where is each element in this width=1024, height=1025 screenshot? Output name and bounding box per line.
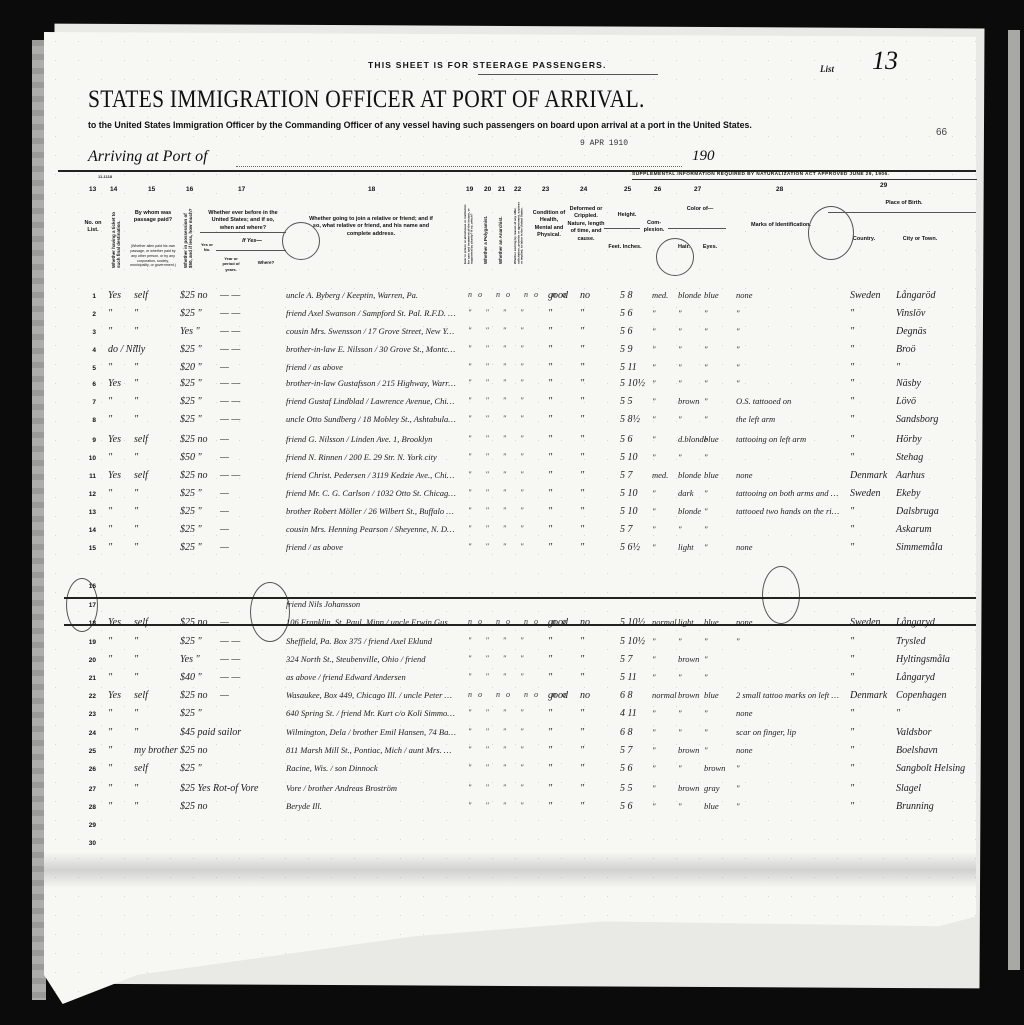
- cell-hair: ": [678, 672, 682, 682]
- cell-city: ": [896, 708, 900, 719]
- cell-deformed: ": [580, 727, 584, 738]
- cell-height: 5 10: [620, 506, 638, 517]
- row-number: 7: [78, 399, 96, 406]
- col-header-color-of: Color of—: [680, 206, 720, 213]
- cell-paid-by: ": [134, 414, 138, 425]
- cell-marks: ": [736, 326, 842, 336]
- col-header-year: Year or period of years.: [220, 256, 242, 272]
- cell-money: $25 no: [180, 434, 208, 445]
- cell-complexion: ": [652, 488, 656, 498]
- cell-health: ": [548, 524, 552, 535]
- row-number: 5: [78, 365, 96, 372]
- cell-relative: 324 North St., Steubenville, Ohio / frie…: [286, 654, 456, 664]
- cell-complexion: ": [652, 452, 656, 462]
- cell-city: Långaryd: [896, 617, 935, 628]
- cell-height: 5 10½: [620, 617, 645, 628]
- divider: [604, 228, 640, 229]
- col-header-labor-contract: Whether coming by reason of any offer, s…: [514, 200, 524, 264]
- cell-relative: brother-in-law E. Nilsson / 30 Grove St.…: [286, 344, 456, 354]
- cell-marks: none: [736, 617, 842, 627]
- cell-eyes: ": [704, 745, 708, 755]
- cell-relative: cousin Mrs. Swensson / 17 Grove Street, …: [286, 326, 456, 336]
- row-number: 20: [78, 657, 96, 664]
- cell-deformed: no: [580, 290, 590, 301]
- cell-health: ": [548, 434, 552, 445]
- form-number: 11-1118: [98, 174, 112, 179]
- cell-rec: " " " ": [468, 801, 529, 810]
- cell-hair: ": [678, 727, 682, 737]
- cell-relative: brother-in-law Gustafsson / 215 Highway,…: [286, 378, 456, 388]
- cell-rec: " " " ": [468, 308, 529, 317]
- cell-rec: " " " ": [468, 362, 529, 371]
- cell-city: Valdsbor: [896, 727, 932, 738]
- cell-city: Brunning: [896, 801, 934, 812]
- col-number-28: 28: [776, 186, 783, 193]
- cell-deformed: ": [580, 708, 584, 719]
- cell-height: 5 7: [620, 524, 633, 535]
- row-number: 2: [78, 311, 96, 318]
- hole-mark: [282, 222, 320, 260]
- cell-hair: light: [678, 542, 694, 552]
- cell-height: 5 7: [620, 745, 633, 756]
- cell-money: $25 no: [180, 617, 208, 628]
- cell-country: ": [850, 524, 854, 535]
- cell-relative: friend Gustaf Lindblad / Lawrence Avenue…: [286, 396, 456, 406]
- cell-paid-by: self: [134, 690, 148, 701]
- cell-height: 5 7: [620, 470, 633, 481]
- cell-money: $25 ": [180, 308, 202, 319]
- cell-height: 5 10½: [620, 378, 645, 389]
- cell-deformed: ": [580, 636, 584, 647]
- cell-prev-us: — —: [220, 414, 240, 425]
- hole-mark: [250, 582, 290, 642]
- row-number: 25: [78, 748, 96, 755]
- cell-ticket: ": [108, 542, 112, 553]
- cell-paid-by: ": [134, 506, 138, 517]
- row-number: 22: [78, 693, 96, 700]
- cell-prev-us: — —: [220, 636, 240, 647]
- cell-rec: " " " ": [468, 470, 529, 479]
- cell-health: ": [548, 452, 552, 463]
- cell-country: ": [850, 636, 854, 647]
- row-number: 17: [78, 602, 96, 609]
- col-header-polygamist: Whether a Polygamist.: [484, 204, 489, 264]
- cell-relative: Wilmington, Dela / brother Emil Hansen, …: [286, 727, 456, 737]
- cell-money: $50 ": [180, 452, 202, 463]
- cell-prev-us: — —: [220, 396, 240, 407]
- cell-deformed: ": [580, 452, 584, 463]
- row-number: 23: [78, 711, 96, 718]
- col-header-prev-us: Whether ever before in the United States…: [206, 210, 280, 232]
- cell-marks: ": [736, 636, 842, 646]
- date-stamp: 9 APR 1910: [580, 139, 628, 148]
- section-divider: [64, 597, 976, 599]
- cell-city: Långaröd: [896, 290, 935, 301]
- cell-deformed: ": [580, 308, 584, 319]
- cell-relative: Vore / brother Andreas Broström: [286, 783, 456, 793]
- cell-prev-us: —: [220, 617, 229, 628]
- cell-height: 5 8: [620, 290, 633, 301]
- paper-fold-shadow: [44, 852, 976, 888]
- cell-marks: none: [736, 470, 842, 480]
- col-header-where: Where?: [254, 260, 278, 266]
- cell-city: Degnäs: [896, 326, 927, 337]
- col-number-18: 18: [368, 186, 375, 193]
- cell-complexion: ": [652, 636, 656, 646]
- cell-money: $25 ": [180, 506, 202, 517]
- year-prefix: 190: [692, 148, 715, 165]
- divider: [200, 232, 286, 233]
- cell-complexion: ": [652, 524, 656, 534]
- cell-height: 5 6: [620, 434, 633, 445]
- cell-city: Långaryd: [896, 672, 935, 683]
- divider: [828, 212, 976, 213]
- cell-paid-by: ": [134, 452, 138, 463]
- cell-country: ": [850, 672, 854, 683]
- supplemental-note: SUPPLEMENTAL INFORMATION REQUIRED BY NAT…: [632, 172, 889, 177]
- cell-money: $25 no: [180, 801, 208, 812]
- cell-relative: Racine, Wis. / son Dinnock: [286, 763, 456, 773]
- cell-height: 5 10½: [620, 636, 645, 647]
- cell-height: 5 6½: [620, 542, 640, 553]
- cell-health: good: [548, 690, 568, 701]
- cell-prev-us: —: [220, 542, 229, 553]
- cell-country: Sweden: [850, 488, 881, 499]
- cell-height: 5 9: [620, 344, 633, 355]
- cell-relative: friend Nils Johansson: [286, 599, 456, 609]
- page-subtitle: to the United States Immigration Officer…: [88, 120, 752, 130]
- cell-complexion: ": [652, 542, 656, 552]
- cell-city: Vinslöv: [896, 308, 925, 319]
- cell-relative: friend G. Nilsson / Linden Ave. 1, Brook…: [286, 434, 456, 444]
- cell-marks: O.S. tattooed on: [736, 396, 842, 406]
- cell-relative: friend / as above: [286, 362, 456, 372]
- cell-country: ": [850, 763, 854, 774]
- cell-deformed: ": [580, 654, 584, 665]
- cell-prev-us: — —: [220, 290, 240, 301]
- cell-deformed: ": [580, 488, 584, 499]
- cell-ticket: Yes: [108, 690, 121, 701]
- col-header-prison: Ever in prison or almshouse or instituti…: [464, 200, 474, 264]
- row-number: 11: [78, 473, 96, 480]
- cell-deformed: ": [580, 801, 584, 812]
- cell-prev-us: —: [220, 506, 229, 517]
- cell-rec: " " " ": [468, 745, 529, 754]
- cell-city: Stehag: [896, 452, 923, 463]
- cell-hair: ": [678, 452, 682, 462]
- cell-deformed: ": [580, 763, 584, 774]
- cell-relative: 106 Franklin, St. Paul, Minn / uncle Erw…: [286, 617, 456, 627]
- cell-ticket: ": [108, 326, 112, 337]
- cell-money: $25 no: [180, 745, 208, 756]
- cell-hair: blonde: [678, 470, 701, 480]
- cell-rec: " " " ": [468, 414, 529, 423]
- cell-prev-us: —: [220, 488, 229, 499]
- cell-health: ": [548, 378, 552, 389]
- cell-marks: ": [736, 763, 842, 773]
- row-number: 30: [78, 840, 96, 847]
- cell-relative: brother Robert Möller / 26 Wilbert St., …: [286, 506, 456, 516]
- cell-prev-us: —: [220, 434, 229, 445]
- cell-ticket: do / Nilly: [108, 344, 145, 355]
- cell-ticket: ": [108, 727, 112, 738]
- col-header-eyes: Eyes.: [700, 244, 720, 251]
- cell-ticket: ": [108, 763, 112, 774]
- cell-money: $25 ": [180, 414, 202, 425]
- cell-complexion: ": [652, 434, 656, 444]
- cell-city: Ekeby: [896, 488, 920, 499]
- cell-country: ": [850, 542, 854, 553]
- cell-height: 5 11: [620, 672, 637, 683]
- cell-prev-us: — —: [220, 326, 240, 337]
- cell-height: 5 11: [620, 362, 637, 373]
- col-header-health: Condition of Health, Mental and Physical…: [532, 210, 566, 240]
- cell-country: ": [850, 783, 854, 794]
- cell-hair: ": [678, 362, 682, 372]
- hole-mark: [808, 206, 854, 260]
- cell-country: ": [850, 727, 854, 738]
- cell-deformed: ": [580, 344, 584, 355]
- cell-health: ": [548, 763, 552, 774]
- cell-paid-by: ": [134, 362, 138, 373]
- cell-rec: " " " ": [468, 654, 529, 663]
- cell-ticket: Yes: [108, 434, 121, 445]
- cell-deformed: ": [580, 414, 584, 425]
- cell-complexion: ": [652, 801, 656, 811]
- cell-hair: brown: [678, 396, 699, 406]
- cell-prev-us: —: [220, 452, 229, 463]
- col-number-29: 29: [880, 182, 887, 189]
- cell-health: good: [548, 290, 568, 301]
- cell-paid-by: ": [134, 524, 138, 535]
- cell-complexion: ": [652, 672, 656, 682]
- cell-health: ": [548, 727, 552, 738]
- cell-country: ": [850, 362, 854, 373]
- page-title: STATES IMMIGRATION OFFICER AT PORT OF AR…: [88, 86, 645, 114]
- cell-relative: Sheffield, Pa. Box 375 / friend Axel Ekl…: [286, 636, 456, 646]
- cell-complexion: normal: [652, 690, 677, 700]
- col-number-21: 21: [498, 186, 505, 193]
- col-number-13: 13: [89, 186, 96, 193]
- row-number: 6: [78, 381, 96, 388]
- cell-money: $25 ": [180, 378, 202, 389]
- cell-ticket: ": [108, 672, 112, 683]
- cell-health: ": [548, 542, 552, 553]
- cell-prev-us: —: [220, 362, 229, 373]
- row-number: 3: [78, 329, 96, 336]
- cell-prev-us: —: [220, 690, 229, 701]
- col-number-15: 15: [148, 186, 155, 193]
- cell-marks: tattooing on both arms and breast: [736, 488, 842, 498]
- col-number-14: 14: [110, 186, 117, 193]
- cell-height: 5 8½: [620, 414, 640, 425]
- cell-deformed: ": [580, 524, 584, 535]
- cell-complexion: normal: [652, 617, 677, 627]
- cell-rec: " " " ": [468, 506, 529, 515]
- cell-health: ": [548, 362, 552, 373]
- cell-eyes: ": [704, 542, 708, 552]
- cell-paid-by: ": [134, 783, 138, 794]
- row-number: 24: [78, 730, 96, 737]
- row-number: 8: [78, 417, 96, 424]
- cell-paid-by: self: [134, 290, 148, 301]
- col-header-passage-note: (Whether alien paid his own passage, or …: [128, 244, 178, 268]
- cell-rec: " " " ": [468, 452, 529, 461]
- cell-paid-by: ": [134, 654, 138, 665]
- cell-paid-by: ": [134, 396, 138, 407]
- cell-money: Yes ": [180, 654, 200, 665]
- cell-height: 5 5: [620, 396, 633, 407]
- cell-ticket: ": [108, 506, 112, 517]
- cell-money: $25 ": [180, 524, 202, 535]
- cell-height: 5 6: [620, 801, 633, 812]
- cell-height: 4 11: [620, 708, 637, 719]
- cell-relative: friend Mr. C. G. Carlson / 1032 Otto St.…: [286, 488, 456, 498]
- arriving-port-label: Arriving at Port of: [88, 148, 208, 166]
- cell-deformed: ": [580, 470, 584, 481]
- cell-prev-us: — —: [220, 308, 240, 319]
- cell-hair: ": [678, 378, 682, 388]
- cell-marks: ": [736, 344, 842, 354]
- cell-hair: brown: [678, 654, 699, 664]
- cell-marks: tattooing on left arm: [736, 434, 842, 444]
- cell-city: Lövö: [896, 396, 916, 407]
- cell-deformed: no: [580, 690, 590, 701]
- cell-paid-by: ": [134, 488, 138, 499]
- cell-eyes: ": [704, 414, 708, 424]
- row-number: 14: [78, 527, 96, 534]
- cell-country: ": [850, 708, 854, 719]
- sheet-notice: THIS SHEET IS FOR STEERAGE PASSENGERS.: [368, 60, 607, 70]
- cell-paid-by: self: [134, 434, 148, 445]
- cell-country: ": [850, 506, 854, 517]
- cell-country: Denmark: [850, 690, 887, 701]
- row-number: 4: [78, 347, 96, 354]
- cell-hair: ": [678, 524, 682, 534]
- row-number: 9: [78, 437, 96, 444]
- cell-deformed: ": [580, 378, 584, 389]
- list-label: List: [820, 64, 834, 74]
- cell-marks: none: [736, 745, 842, 755]
- cell-relative: Beryde Ill.: [286, 801, 456, 811]
- cell-relative: friend Christ. Pedersen / 3119 Kedzie Av…: [286, 470, 456, 480]
- col-number-27: 27: [694, 186, 701, 193]
- cell-city: Dalsbruga: [896, 506, 939, 517]
- cell-relative: cousin Mrs. Henning Pearson / Sheyenne, …: [286, 524, 456, 534]
- cell-complexion: ": [652, 378, 656, 388]
- cell-relative: friend Axel Swanson / Sampford St. Pal. …: [286, 308, 456, 318]
- cell-rec: " " " ": [468, 783, 529, 792]
- cell-deformed: no: [580, 617, 590, 628]
- col-header-yes-no: Yes or No.: [200, 242, 214, 253]
- cell-height: 6 8: [620, 690, 633, 701]
- cell-relative: 811 Marsh Mill St., Pontiac, Mich / aunt…: [286, 745, 456, 755]
- col-header-deformed: Deformed or Crippled. Nature, length of …: [566, 206, 606, 243]
- cell-hair: ": [678, 308, 682, 318]
- col-header-no-on-list: No. on List.: [84, 220, 102, 235]
- cell-eyes: ": [704, 362, 708, 372]
- cell-health: ": [548, 708, 552, 719]
- cell-eyes: ": [704, 654, 708, 664]
- cell-deformed: ": [580, 434, 584, 445]
- hole-mark: [762, 566, 800, 624]
- cell-eyes: ": [704, 344, 708, 354]
- cell-money: $25 ": [180, 708, 202, 719]
- cell-relative: uncle Otto Sundberg / 18 Mobley St., Ash…: [286, 414, 456, 424]
- cell-city: Hörby: [896, 434, 922, 445]
- cell-complexion: med.: [652, 290, 668, 300]
- cell-marks: ": [736, 362, 842, 372]
- cell-hair: ": [678, 636, 682, 646]
- divider: [478, 74, 658, 75]
- cell-ticket: Yes: [108, 617, 121, 628]
- cell-relative: friend N. Rinnen / 200 E. 29 Str. N. Yor…: [286, 452, 456, 462]
- cell-complexion: ": [652, 308, 656, 318]
- cell-hair: brown: [678, 745, 699, 755]
- row-number: 18: [78, 620, 96, 627]
- cell-health: good: [548, 617, 568, 628]
- cell-paid-by: self: [134, 617, 148, 628]
- cell-city: Näsby: [896, 378, 921, 389]
- cell-marks: ": [736, 783, 842, 793]
- cell-paid-by: ": [134, 636, 138, 647]
- cell-height: 5 6: [620, 308, 633, 319]
- cell-rec: " " " ": [468, 326, 529, 335]
- row-number: 28: [78, 804, 96, 811]
- cell-country: ": [850, 801, 854, 812]
- col-number-16: 16: [186, 186, 193, 193]
- cell-money: $20 ": [180, 362, 202, 373]
- cell-paid-by: ": [134, 344, 138, 355]
- row-number: 1: [78, 293, 96, 300]
- cell-eyes: ": [704, 708, 708, 718]
- cell-money: $25 no: [180, 290, 208, 301]
- cell-marks: the left arm: [736, 414, 842, 424]
- cell-hair: ": [678, 708, 682, 718]
- cell-health: ": [548, 344, 552, 355]
- cell-ticket: Yes: [108, 470, 121, 481]
- row-number: 29: [78, 822, 96, 829]
- cell-rec: " " " ": [468, 763, 529, 772]
- cell-money: $25 ": [180, 542, 202, 553]
- cell-city: Aarhus: [896, 470, 925, 481]
- cell-eyes: ": [704, 672, 708, 682]
- cell-ticket: ": [108, 362, 112, 373]
- row-number: 27: [78, 786, 96, 793]
- cell-prev-us: — —: [220, 378, 240, 389]
- cell-city: Hyltingsmåla: [896, 654, 950, 665]
- cell-health: ": [548, 783, 552, 794]
- cell-relative: Wasaukee, Box 449, Chicago Ill. / uncle …: [286, 690, 456, 700]
- cell-country: Denmark: [850, 470, 887, 481]
- cell-complexion: ": [652, 708, 656, 718]
- cell-eyes: blue: [704, 617, 719, 627]
- cell-complexion: ": [652, 396, 656, 406]
- cell-country: ": [850, 326, 854, 337]
- cell-rec: " " " ": [468, 727, 529, 736]
- cell-rec: " " " ": [468, 672, 529, 681]
- cell-marks: tattooed two hands on the right arm: [736, 506, 842, 516]
- cell-deformed: ": [580, 672, 584, 683]
- cell-rec: " " " ": [468, 488, 529, 497]
- cell-eyes: ": [704, 452, 708, 462]
- cell-hair: blonde: [678, 506, 701, 516]
- cell-deformed: ": [580, 542, 584, 553]
- cell-complexion: ": [652, 745, 656, 755]
- cell-country: Sweden: [850, 617, 881, 628]
- cell-city: Copenhagen: [896, 690, 947, 701]
- cell-ticket: ": [108, 636, 112, 647]
